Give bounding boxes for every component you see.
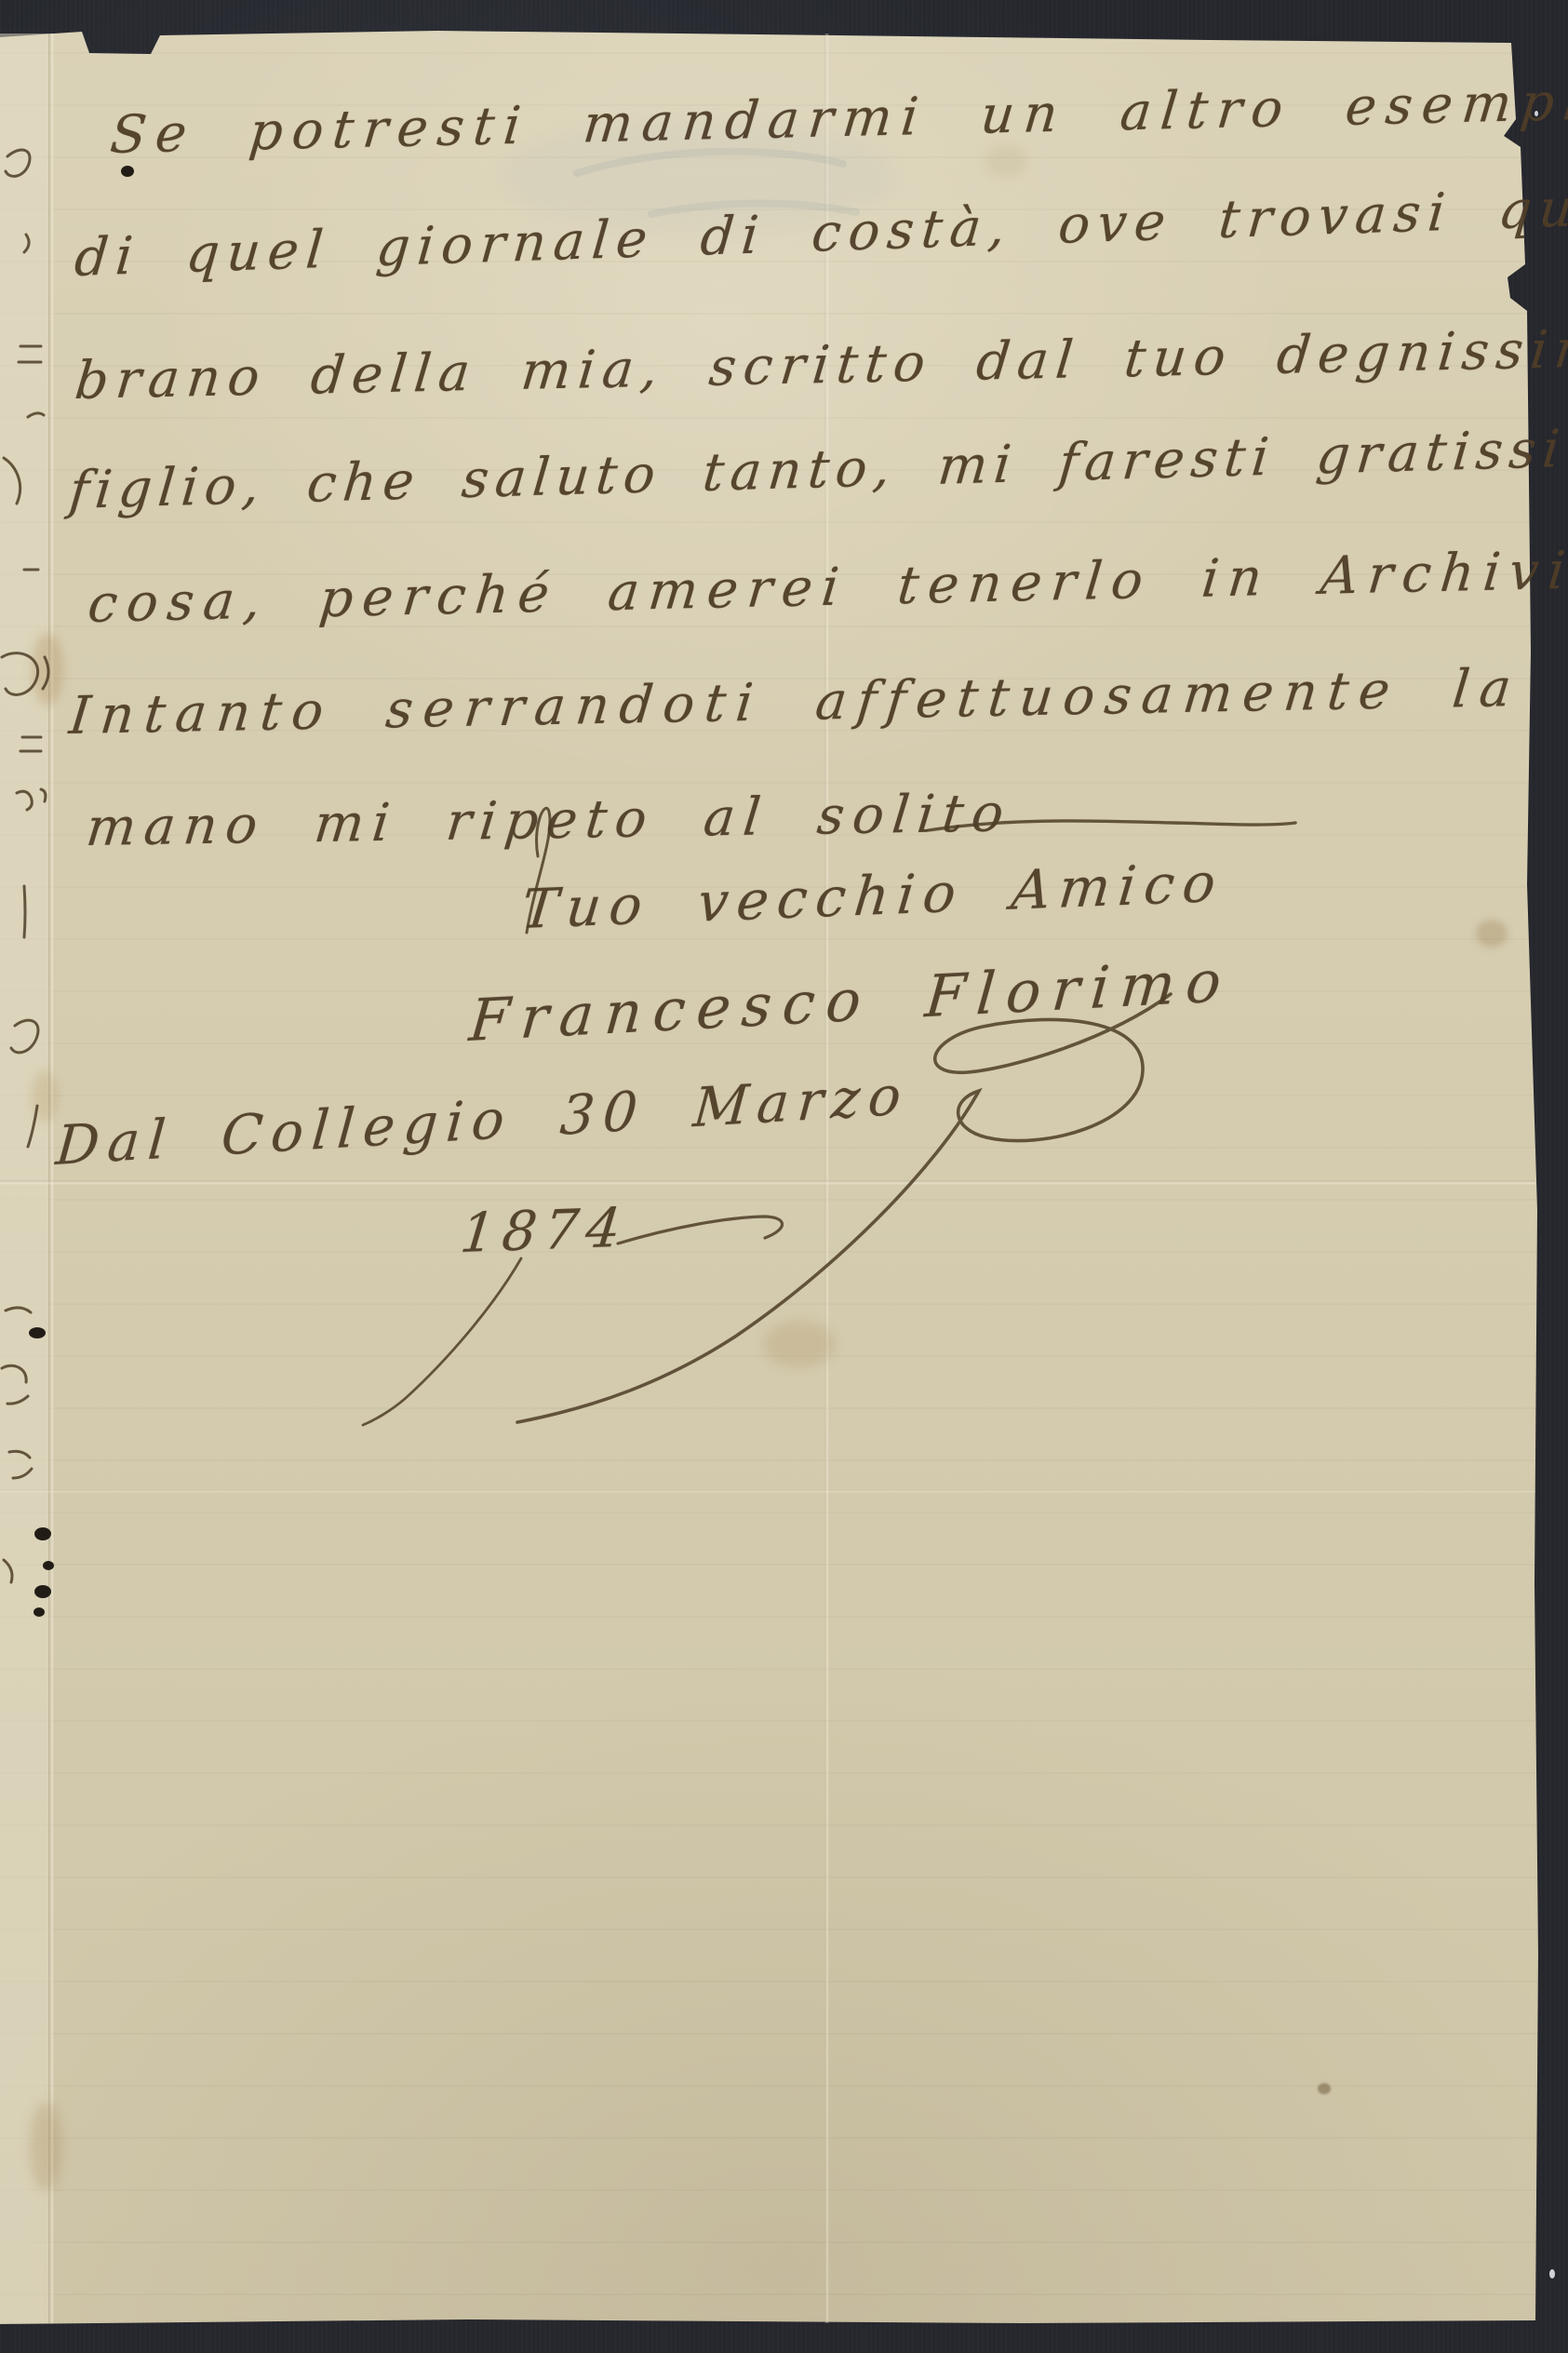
bleedthrough-stroke bbox=[651, 204, 856, 215]
year-descending-stroke bbox=[363, 1258, 521, 1425]
ink-flourishes-overlay bbox=[0, 0, 1568, 2353]
solito-trailing-dash bbox=[929, 821, 1295, 830]
salutation-t-flourish bbox=[527, 808, 550, 933]
adjacent-page-ink-fragments bbox=[2, 150, 48, 1582]
ink-blobs bbox=[29, 166, 134, 1617]
bleedthrough-stroke bbox=[577, 152, 843, 173]
signature-paraph-flourish bbox=[517, 994, 1171, 1422]
letter-scan: Se potresti mandarmi un altro esemplare … bbox=[0, 0, 1568, 2353]
year-trailing-dash bbox=[618, 1217, 783, 1244]
mount-specks bbox=[1534, 111, 1555, 2279]
